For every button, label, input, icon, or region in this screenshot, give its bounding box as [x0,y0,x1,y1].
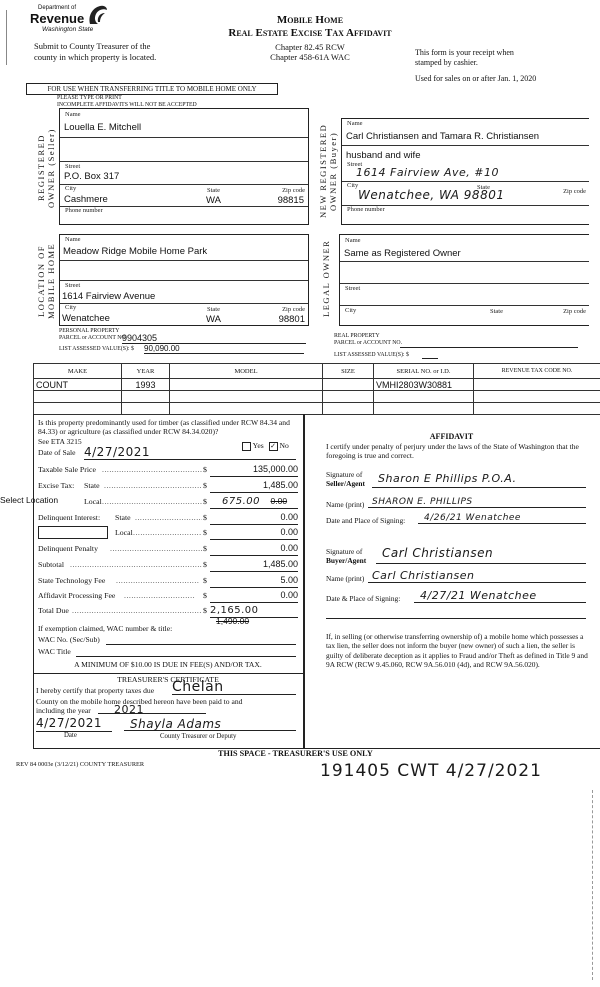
treasurer-signature-label: County Treasurer or Deputy [160,733,236,740]
buyer-name-line2-field[interactable]: husband and wife [346,150,420,161]
legal-street-label: Street [345,285,360,292]
location-label-2: MOBILE HOME [46,243,56,319]
exemption-label: If exemption claimed, WAC number & title… [38,624,172,633]
real-parcel-field[interactable] [400,346,578,348]
delinquent-local-label: Local [115,528,133,537]
certificate-county-field[interactable]: Chelan [172,679,296,695]
certificate-line3: including the year [36,706,91,715]
location-city-label: City [65,304,76,311]
location-state-label: State [207,306,220,313]
buyer-date-place-label: Date & Place of Signing: [326,594,400,603]
header-size: SIZE [323,364,374,379]
header-serial: SERIAL NO. or I.D. [374,364,474,379]
subtotal-field[interactable]: 1,485.00 [210,559,298,572]
legal-owner-box: Name Same as Registered Owner Street Cit… [339,234,589,326]
seller-phone-field[interactable] [64,215,304,224]
timber-question: Is this property predominantly used for … [38,418,300,436]
wac-no-label: WAC No. (Sec/Sub) [38,635,100,644]
affidavit-fee-row: Affidavit Processing Fee ...............… [38,590,296,604]
excise-state-field[interactable]: 1,485.00 [210,480,298,493]
header-make: MAKE [34,364,122,379]
excise-local-field[interactable]: 675.00 0.00 [210,496,298,509]
real-parcel-label-2: PARCEL or ACCOUNT NO. [334,340,402,347]
seller-street-field[interactable]: P.O. Box 317 [64,171,119,182]
taxable-sale-price-label: Taxable Sale Price [38,465,96,474]
seller-zip-label: Zip code [282,187,305,194]
delinquent-interest-state-field[interactable]: 0.00 [210,512,298,525]
seller-section-label: REGISTERED OWNER (Seller) [36,112,56,224]
receipt-note-line1: This form is your receipt when [415,48,536,58]
delinquent-penalty-field[interactable]: 0.00 [210,543,298,556]
cell-revenue-code[interactable] [474,403,600,415]
cell-serial[interactable] [374,391,474,403]
date-of-sale-field[interactable]: 4/27/2021 [84,445,296,460]
wac-no-field[interactable] [106,644,296,645]
receipt-note: This form is your receipt when stamped b… [415,48,536,84]
cell-model[interactable] [170,391,323,403]
seller-sig-label-2: Seller/Agent [326,480,365,489]
buyer-name-print-label: Name (print) [326,574,364,583]
taxable-sale-price-field[interactable]: 135,000.00 [210,464,298,477]
location-zip-field[interactable]: 98801 [279,314,305,325]
real-assessed-label: LIST ASSESSED VALUE(S): $ [334,352,409,358]
location-state-field[interactable]: WA [206,314,221,325]
header-revenue-code: REVENUE TAX CODE NO. [474,364,600,379]
table-header-row: MAKE YEAR MODEL SIZE SERIAL NO. or I.D. … [34,364,600,379]
buyer-name-field[interactable]: Carl Christiansen and Tamara R. Christia… [346,131,539,142]
taxable-sale-price-row: Taxable Sale Price .....................… [38,464,296,478]
table-row [34,403,600,415]
wave-logo-icon [86,4,108,26]
cell-serial[interactable] [374,403,474,415]
subtotal-row: Subtotal ...............................… [38,559,296,573]
cell-revenue-code[interactable] [474,391,600,403]
header-year: YEAR [122,364,170,379]
affidavit-fee-label: Affidavit Processing Fee [38,591,115,600]
currency-symbol: $ [203,544,207,553]
buyer-phone-label: Phone number [347,206,385,213]
currency-symbol: $ [203,576,207,585]
affidavit-certify-text: I certify under penalty of perjury under… [326,442,588,460]
excise-tax-label: Excise Tax: [38,481,74,490]
treasurer-stamp: 191405 CWT 4/27/2021 [320,761,542,781]
form-title: Mobile Home Real Estate Excise Tax Affid… [190,14,430,62]
use-notice: FOR USE WHEN TRANSFERRING TITLE TO MOBIL… [47,85,256,93]
form-title-line1: Mobile Home [190,14,430,26]
submit-note-line1: Submit to County Treasurer of the [34,41,156,52]
cell-year[interactable]: 1993 [122,379,170,391]
location-box: Name Meadow Ridge Mobile Home Park Stree… [59,234,309,326]
total-due-field[interactable]: 2,165.00 1,490.00 [210,605,298,618]
seller-signature-label: Signature of Seller/Agent [326,471,365,488]
buyer-name-label: Name [347,120,363,127]
location-name-field[interactable]: Meadow Ridge Mobile Home Park [63,246,207,257]
seller-name-print-label: Name (print) [326,500,364,509]
real-assessed-field[interactable] [422,358,438,359]
buyer-sig-label-2: Buyer/Agent [326,557,366,566]
buyer-city-label: City [347,182,358,189]
affidavit-title: AFFIDAVIT [303,432,600,441]
table-row [34,391,600,403]
currency-symbol: $ [203,606,207,615]
location-section-label: LOCATION OF MOBILE HOME [36,236,56,326]
receipt-note-line2: stamped by cashier. [415,58,536,68]
treasurer-signature-field[interactable]: Shayla Adams [124,717,296,731]
delinquent-penalty-row: Delinquent Penalty .....................… [38,543,296,557]
seller-phone-label: Phone number [65,207,103,214]
total-due-handwritten: 2,165.00 [210,605,259,616]
currency-symbol: $ [203,591,207,600]
seller-date-place-field[interactable]: 4/26/21 Wenatchee [418,513,586,524]
buyer-label-2: OWNER (Buyer) [328,131,338,210]
seller-label-1: REGISTERED [36,135,46,202]
personal-property-parcel: PERSONAL PROPERTY PARCEL or ACCOUNT NO. [59,328,127,342]
location-city-field[interactable]: Wenatchee [62,313,110,324]
seller-box: Name Louella E. Mitchell Street P.O. Box… [59,108,309,225]
certificate-year-field[interactable]: 2021 [98,703,206,714]
buyer-date-place-field[interactable]: 4/27/21 Wenatchee [414,589,586,603]
parcel-label-2: PARCEL or ACCOUNT NO. [59,335,127,342]
buyer-street-field[interactable]: 1614 Fairview Ave, #10 [356,166,499,179]
personal-assessed-field[interactable]: 90,090.00 [144,344,304,354]
buyer-label-1: NEW REGISTERED [318,124,328,218]
delinquent-interest-local-field[interactable]: 0.00 [210,527,298,540]
form-revision: REV 84 0003e (3/12/21) COUNTY TREASURER [16,761,144,768]
print-notice: PLEASE TYPE OR PRINT [57,95,197,102]
chapter-rcw: Chapter 82.45 RCW [190,42,430,52]
submit-note-line2: county in which property is located. [34,52,156,63]
scan-edge-mark [592,790,593,980]
cell-year[interactable] [122,403,170,415]
state-tech-fee-field[interactable]: 5.00 [210,575,298,588]
seller-name-field[interactable]: Louella E. Mitchell [64,122,141,133]
cell-make[interactable]: COUNT [34,379,122,391]
seller-street-label: Street [65,163,80,170]
location-street-field[interactable]: 1614 Fairview Avenue [62,291,155,302]
date-of-sale-label: Date of Sale [38,448,76,457]
buyer-signature-field[interactable]: Carl Christiansen [376,546,586,564]
currency-symbol: $ [203,481,207,490]
buyer-city-state-zip-field[interactable]: Wenatchee, WA 98801 [358,188,504,202]
chapter-wac: Chapter 458-61A WAC [190,52,430,62]
legal-street-field[interactable] [344,293,584,303]
excise-local-label: Local [84,497,102,506]
cell-model[interactable] [170,403,323,415]
scan-edge-mark [6,10,7,65]
agency-name: Revenue [30,11,84,26]
header-model: MODEL [170,364,323,379]
cell-size[interactable] [323,403,374,415]
currency-symbol: $ [203,497,207,506]
delinquent-penalty-label: Delinquent Penalty [38,544,98,553]
instructions: PLEASE TYPE OR PRINT INCOMPLETE AFFIDAVI… [57,95,197,109]
certificate-line1: I hereby certify that property taxes due [36,686,154,695]
sales-date-note: Used for sales on or after Jan. 1, 2020 [415,74,536,84]
location-street-label: Street [65,282,80,289]
location-name-label: Name [65,236,81,243]
excise-local-handwritten: 675.00 [222,496,260,507]
seller-name-print-field[interactable]: SHARON E. PHILLIPS [368,497,586,508]
seller-zip-field[interactable]: 98815 [278,195,304,206]
currency-symbol: $ [203,528,207,537]
total-due-row: Total Due ..............................… [38,605,296,619]
cell-revenue-code[interactable] [474,379,600,391]
cell-make[interactable] [34,391,122,403]
excise-state-label: State [84,481,100,490]
buyer-name-print-field[interactable]: Carl Christiansen [368,569,586,583]
treasurer-use-only-label: THIS SPACE - TREASURER'S USE ONLY [218,749,373,758]
lien-notice: If, in selling (or otherwise transferrin… [326,632,588,669]
buyer-box: Name Carl Christiansen and Tamara R. Chr… [341,118,589,225]
seller-date-place-label: Date and Place of Signing: [326,516,405,525]
vehicle-table: MAKE YEAR MODEL SIZE SERIAL NO. or I.D. … [33,363,600,415]
agency-state: Washington State [42,26,93,33]
cell-size[interactable] [323,391,374,403]
submit-note: Submit to County Treasurer of the county… [34,41,156,63]
seller-label-2: OWNER (Seller) [46,128,56,208]
real-property-parcel: REAL PROPERTY PARCEL or ACCOUNT NO. [334,333,402,347]
total-due-label: Total Due [38,606,69,615]
agency-logo: Department of Revenue Washington State [30,4,110,40]
currency-symbol: $ [203,465,207,474]
subtotal-label: Subtotal [38,560,64,569]
seller-state-label: State [207,187,220,194]
excise-local-struck: 0.00 [271,496,288,506]
cell-serial[interactable]: VMHI2803W30881 [374,379,474,391]
certificate-date-field[interactable]: 4/27/2021 [36,716,112,732]
excise-tax-local-row: Local ..................................… [38,496,296,510]
wac-title-field[interactable] [76,656,296,657]
currency-symbol: $ [203,560,207,569]
currency-symbol: $ [203,513,207,522]
total-due-struck: 1,490.00 [216,616,249,626]
delinquent-state-label: State [115,513,131,522]
personal-assessed-label: LIST ASSESSED VALUE(S): $ [59,346,134,352]
buyer-signature-label: Signature of Buyer/Agent [326,548,366,565]
delinquent-interest-state-row: Delinquent Interest: State .............… [38,512,296,526]
excise-tax-state-row: Excise Tax: State ......................… [38,480,296,494]
location-zip-label: Zip code [282,306,305,313]
delinquent-interest-label: Delinquent Interest: [38,513,100,522]
minimum-notice: A MINIMUM OF $10.00 IS DUE IN FEE(S) AND… [33,660,303,669]
state-tech-fee-row: State Technology Fee ...................… [38,575,296,589]
buyer-zip-label: Zip code [563,188,586,195]
seller-name-label: Name [65,111,81,118]
legal-name-label: Name [345,237,361,244]
legal-state-label: State [490,308,503,315]
seller-city-field[interactable]: Cashmere [64,194,108,205]
cell-model[interactable] [170,379,323,391]
legal-owner-label: LEGAL OWNER [321,239,331,316]
cell-year[interactable] [122,391,170,403]
use-notice-box: FOR USE WHEN TRANSFERRING TITLE TO MOBIL… [26,83,278,95]
legal-city-label: City [345,307,356,314]
buyer-section-label: NEW REGISTERED OWNER (Buyer) [318,118,338,224]
seller-name-line2-field[interactable] [64,141,304,154]
buyer-phone-field[interactable] [346,214,586,223]
cell-make[interactable] [34,403,122,415]
affidavit-fee-field[interactable]: 0.00 [210,590,298,603]
parcel-label-1: PERSONAL PROPERTY [59,328,127,335]
legal-owner-section-label: LEGAL OWNER [321,238,331,318]
seller-city-label: City [65,185,76,192]
certificate-date-label: Date [64,732,77,739]
form-title-line2: Real Estate Excise Tax Affidavit [190,27,430,39]
wac-title-label: WAC Title [38,647,71,656]
location-label-1: LOCATION OF [36,245,46,317]
cell-size[interactable] [323,379,374,391]
seller-state-field[interactable]: WA [206,195,221,206]
see-eta: See ETA 3215 [38,437,82,446]
personal-parcel-field[interactable]: 9904305 [122,333,306,344]
seller-signature-field[interactable]: Sharon E Phillips P.O.A. [372,472,586,488]
delinquent-interest-local-row: Local ............................ $ 0.0… [38,527,296,541]
legal-zip-label: Zip code [563,308,586,315]
real-parcel-label-1: REAL PROPERTY [334,333,402,340]
state-tech-fee-label: State Technology Fee [38,576,105,585]
legal-name-field[interactable]: Same as Registered Owner [344,248,461,259]
table-row: COUNT 1993 VMHI2803W30881 [34,379,600,391]
